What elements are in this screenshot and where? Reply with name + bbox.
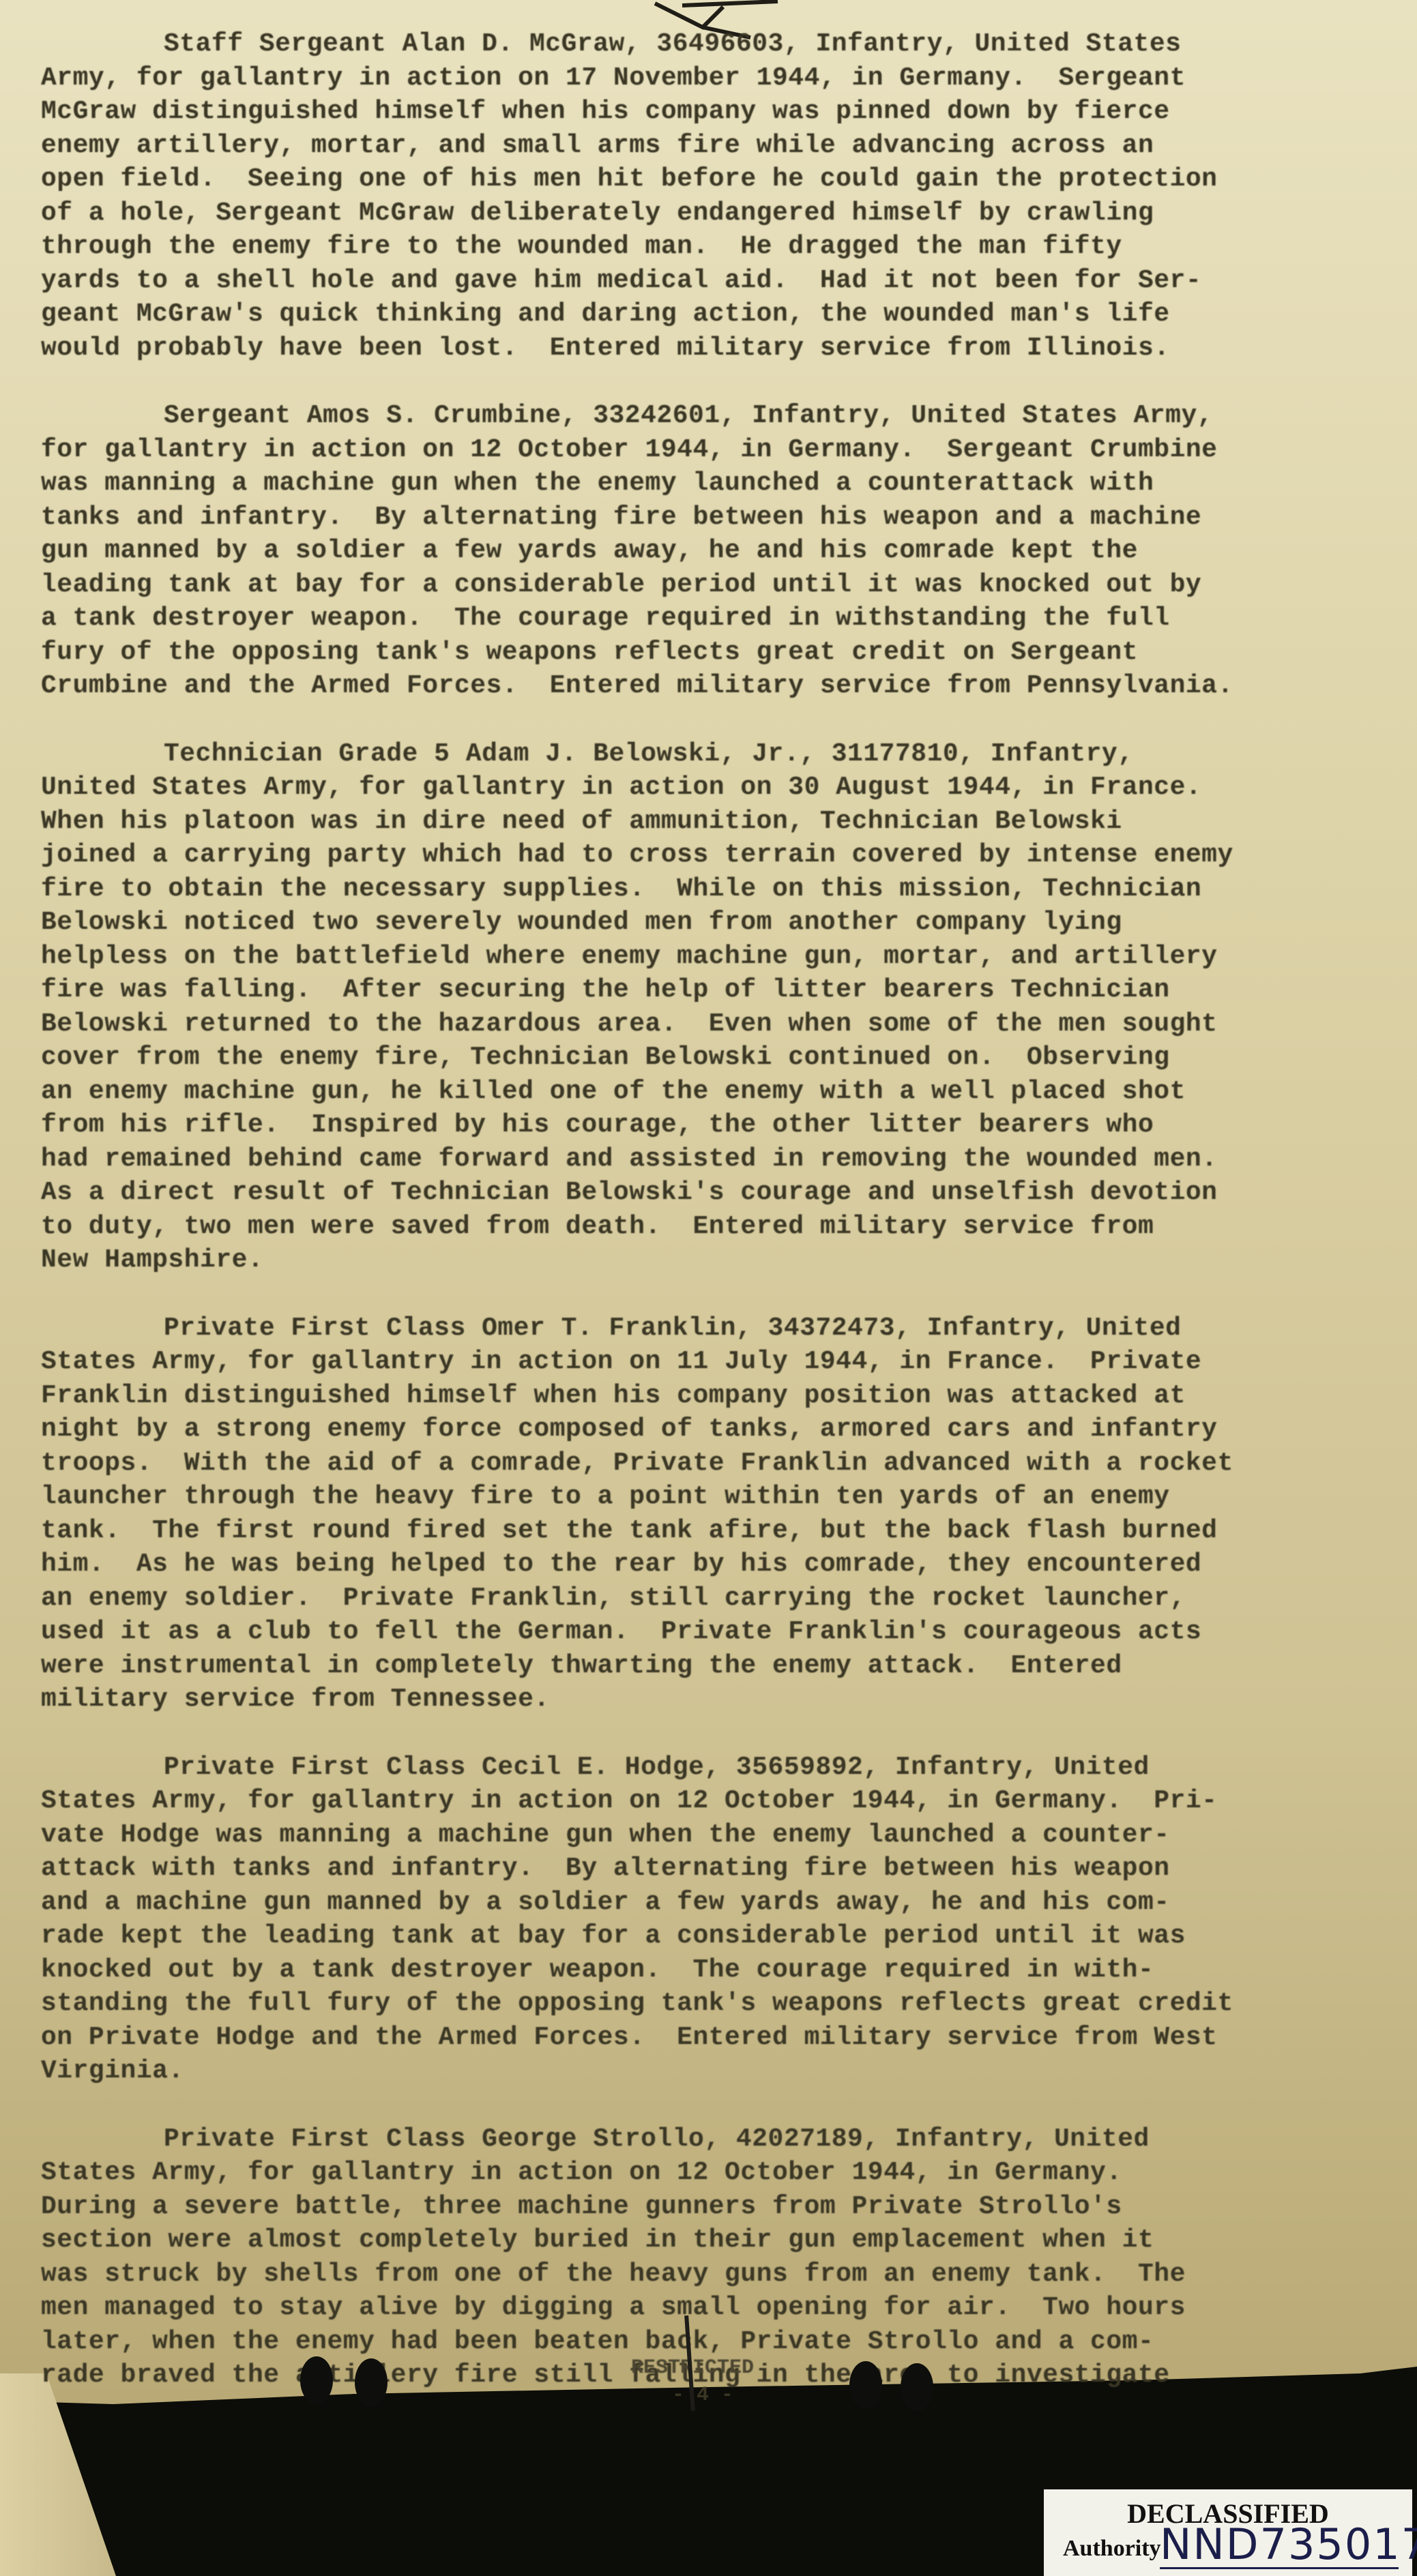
punch-hole-icon bbox=[355, 2358, 388, 2406]
text-line: vate Hodge was manning a machine gun whe… bbox=[41, 1818, 1269, 1852]
text-line: Belowski returned to the hazardous area.… bbox=[41, 1007, 1269, 1041]
text-line: troops. With the aid of a comrade, Priva… bbox=[41, 1447, 1269, 1481]
text-line: Virginia. bbox=[41, 2054, 1269, 2088]
text-line: were instrumental in completely thwartin… bbox=[41, 1649, 1269, 1683]
citation-paragraph: Staff Sergeant Alan D. McGraw, 36496603,… bbox=[41, 27, 1269, 365]
text-line: fury of the opposing tank's weapons refl… bbox=[41, 636, 1269, 670]
stamp-authority-label: Authority bbox=[1063, 2536, 1161, 2562]
text-line: fire was falling. After securing the hel… bbox=[41, 973, 1269, 1007]
text-line: of a hole, Sergeant McGraw deliberately … bbox=[41, 196, 1269, 231]
text-line: launcher through the heavy fire to a poi… bbox=[41, 1480, 1269, 1514]
text-line: As a direct result of Technician Belowsk… bbox=[41, 1176, 1269, 1210]
text-line: Belowski noticed two severely wounded me… bbox=[41, 906, 1269, 940]
text-line: an enemy machine gun, he killed one of t… bbox=[41, 1075, 1269, 1109]
text-line: rade kept the leading tank at bay for a … bbox=[41, 1919, 1269, 1953]
text-line: States Army, for gallantry in action on … bbox=[41, 2156, 1269, 2190]
text-line: would probably have been lost. Entered m… bbox=[41, 331, 1269, 366]
text-line: through the enemy fire to the wounded ma… bbox=[41, 230, 1269, 264]
citation-paragraph: Private First Class George Strollo, 4202… bbox=[41, 2122, 1269, 2393]
text-line: During a severe battle, three machine gu… bbox=[41, 2190, 1269, 2224]
text-line: knocked out by a tank destroyer weapon. … bbox=[41, 1953, 1269, 1987]
text-line: Army, for gallantry in action on 17 Nove… bbox=[41, 61, 1269, 95]
citation-paragraph: Technician Grade 5 Adam J. Belowski, Jr.… bbox=[41, 737, 1269, 1277]
citation-paragraph: Sergeant Amos S. Crumbine, 33242601, Inf… bbox=[41, 399, 1269, 703]
text-line: him. As he was being helped to the rear … bbox=[41, 1548, 1269, 1582]
text-line: men managed to stay alive by digging a s… bbox=[41, 2291, 1269, 2325]
text-line: used it as a club to fell the German. Pr… bbox=[41, 1615, 1269, 1649]
text-line: United States Army, for gallantry in act… bbox=[41, 771, 1269, 805]
text-line: leading tank at bay for a considerable p… bbox=[41, 568, 1269, 602]
text-line: military service from Tennessee. bbox=[41, 1683, 1269, 1717]
text-line: for gallantry in action on 12 October 19… bbox=[41, 433, 1269, 467]
citation-paragraph: Private First Class Omer T. Franklin, 34… bbox=[41, 1312, 1269, 1717]
text-line: When his platoon was in dire need of amm… bbox=[41, 805, 1269, 839]
citation-paragraph: Private First Class Cecil E. Hodge, 3565… bbox=[41, 1751, 1269, 2088]
text-line: States Army, for gallantry in action on … bbox=[41, 1345, 1269, 1379]
document-body: Staff Sergeant Alan D. McGraw, 36496603,… bbox=[41, 27, 1269, 2427]
text-line: Technician Grade 5 Adam J. Belowski, Jr.… bbox=[41, 737, 1269, 771]
text-line: Crumbine and the Armed Forces. Entered m… bbox=[41, 669, 1269, 703]
text-line: geant McGraw's quick thinking and daring… bbox=[41, 297, 1269, 331]
text-line: was manning a machine gun when the enemy… bbox=[41, 467, 1269, 501]
text-line: night by a strong enemy force composed o… bbox=[41, 1412, 1269, 1447]
text-line: to duty, two men were saved from death. … bbox=[41, 1210, 1269, 1244]
text-line: States Army, for gallantry in action on … bbox=[41, 1784, 1269, 1818]
punch-hole-icon bbox=[300, 2356, 333, 2404]
text-line: tanks and infantry. By alternating fire … bbox=[41, 501, 1269, 535]
text-line: open field. Seeing one of his men hit be… bbox=[41, 162, 1269, 196]
text-line: tank. The first round fired set the tank… bbox=[41, 1514, 1269, 1548]
text-line: helpless on the battlefield where enemy … bbox=[41, 940, 1269, 974]
text-line: section were almost completely buried in… bbox=[41, 2223, 1269, 2257]
text-line: cover from the enemy fire, Technician Be… bbox=[41, 1041, 1269, 1075]
text-line: from his rifle. Inspired by his courage,… bbox=[41, 1108, 1269, 1142]
text-line: Private First Class Cecil E. Hodge, 3565… bbox=[41, 1751, 1269, 1785]
text-line: attack with tanks and infantry. By alter… bbox=[41, 1852, 1269, 1886]
text-line: Staff Sergeant Alan D. McGraw, 36496603,… bbox=[41, 27, 1269, 61]
stamp-authority-value: NND735017 bbox=[1160, 2522, 1399, 2569]
text-line: gun manned by a soldier a few yards away… bbox=[41, 534, 1269, 568]
text-line: fire to obtain the necessary supplies. W… bbox=[41, 872, 1269, 906]
text-line: was struck by shells from one of the hea… bbox=[41, 2257, 1269, 2292]
text-line: Franklin distinguished himself when his … bbox=[41, 1379, 1269, 1413]
text-line: a tank destroyer weapon. The courage req… bbox=[41, 602, 1269, 636]
declassified-stamp: DECLASSIFIED Authority NND735017 bbox=[1044, 2489, 1412, 2576]
text-line: later, when the enemy had been beaten ba… bbox=[41, 2325, 1269, 2359]
text-line: joined a carrying party which had to cro… bbox=[41, 838, 1269, 872]
text-line: Sergeant Amos S. Crumbine, 33242601, Inf… bbox=[41, 399, 1269, 433]
text-line: and a machine gun manned by a soldier a … bbox=[41, 1886, 1269, 1920]
text-line: Private First Class George Strollo, 4202… bbox=[41, 2122, 1269, 2157]
text-line: McGraw distinguished himself when his co… bbox=[41, 95, 1269, 129]
text-line: New Hampshire. bbox=[41, 1243, 1269, 1277]
text-line: yards to a shell hole and gave him medic… bbox=[41, 264, 1269, 298]
text-line: had remained behind came forward and ass… bbox=[41, 1142, 1269, 1176]
page-number: - 4 - bbox=[672, 2384, 733, 2407]
text-line: Private First Class Omer T. Franklin, 34… bbox=[41, 1312, 1269, 1346]
text-line: standing the full fury of the opposing t… bbox=[41, 1987, 1269, 2021]
text-line: an enemy soldier. Private Franklin, stil… bbox=[41, 1582, 1269, 1616]
punch-hole-icon bbox=[849, 2361, 882, 2409]
punch-hole-icon bbox=[901, 2363, 933, 2411]
text-line: on Private Hodge and the Armed Forces. E… bbox=[41, 2021, 1269, 2055]
text-line: enemy artillery, mortar, and small arms … bbox=[41, 129, 1269, 163]
